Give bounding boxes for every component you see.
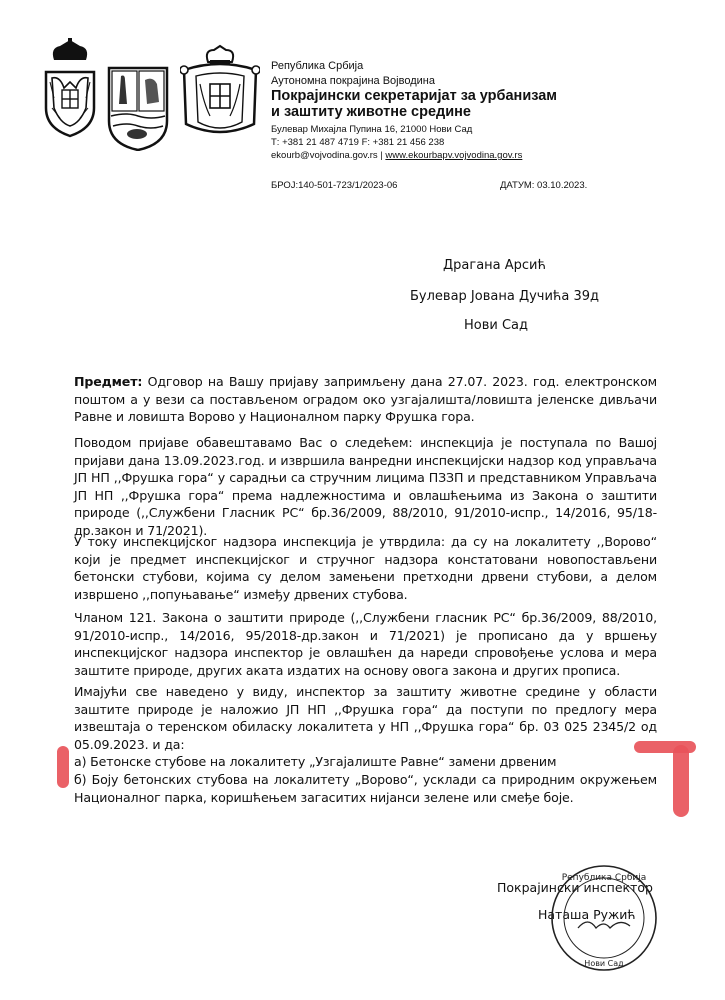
province-name: Аутономна покрајина Војводина: [271, 75, 435, 87]
body-paragraph-2: У току инспекцијског надзора инспекција …: [74, 533, 657, 603]
order-item-a: а) Бетонске стубове на локалитету „Узгај…: [74, 753, 657, 771]
contact-separator: |: [380, 150, 382, 161]
red-highlight-mark-right-stem: [673, 745, 689, 817]
email-address[interactable]: ekourb@vojvodina.gov.rs: [271, 150, 378, 161]
body-paragraph-1: Поводом пријаве обавештавамо Вас о следе…: [74, 434, 657, 539]
svg-text:Република Србија: Република Србија: [562, 873, 647, 883]
institution-address: Булевар Михајла Пупина 16, 21000 Нови Са…: [271, 124, 472, 135]
contact-line: ekourb@vojvodina.gov.rs | www.ekourbapv.…: [271, 150, 522, 161]
recipient-city: Нови Сад: [464, 318, 528, 333]
official-stamp-icon: Република Србија Нови Сад: [548, 862, 660, 974]
country-name: Република Србија: [271, 60, 363, 72]
subject-label: Предмет:: [74, 374, 142, 389]
subject-paragraph: Предмет: Одговор на Вашу пријаву запримљ…: [74, 373, 657, 426]
recipient-name: Драгана Арсић: [443, 258, 546, 273]
recipient-street: Булевар Јована Дучића 39д: [410, 289, 599, 304]
subject-text: Одговор на Вашу пријаву запримљену дана …: [74, 374, 657, 424]
serbia-royal-coat-of-arms-icon: [180, 44, 260, 140]
document-date: ДАТУМ: 03.10.2023.: [500, 180, 587, 191]
body-paragraph-3: Чланом 121. Закона о заштити природе (,,…: [74, 609, 657, 679]
website-link[interactable]: www.ekourbapv.vojvodina.gov.rs: [385, 150, 522, 161]
institution-name-line2: и заштиту животне средине: [271, 104, 471, 120]
body-paragraph-4: Имајући све наведено у виду, инспектор з…: [74, 683, 657, 753]
serbia-coat-of-arms-icon: [40, 38, 100, 138]
red-highlight-mark-left: [57, 746, 69, 788]
vojvodina-coat-of-arms-icon: [107, 66, 169, 151]
svg-text:Нови Сад: Нови Сад: [584, 959, 624, 968]
reference-number: БРОЈ:140-501-723/1/2023-06: [271, 180, 397, 191]
order-item-b: б) Боју бетонских стубова на локалитету …: [74, 771, 657, 806]
institution-name-line1: Покрајински секретаријат за урбанизам: [271, 88, 557, 104]
phone-fax: Т: +381 21 487 4719 F: +381 21 456 238: [271, 137, 444, 148]
